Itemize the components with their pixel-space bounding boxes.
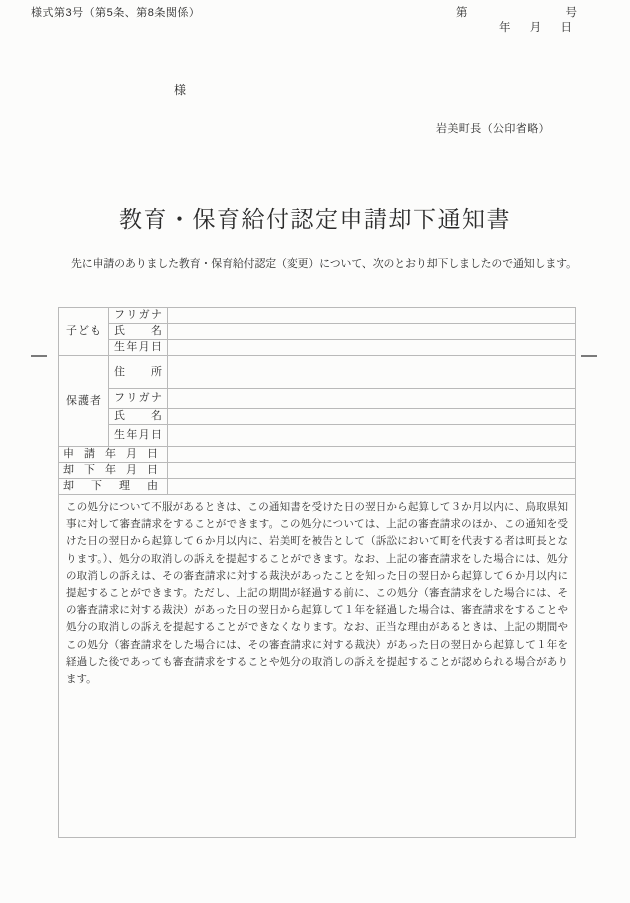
- document-number-prefix: 第: [456, 4, 468, 20]
- table-row: この処分について不服があるときは、この通知書を受けた日の翌日から起算して３か月以…: [59, 495, 576, 838]
- form-table: 子ども フリガナ 氏名 生年月日 保護者 住所 フリガナ: [58, 307, 576, 838]
- document-title: 教育・保育給付認定申請却下通知書: [0, 201, 630, 234]
- table-row: 却下年月日: [59, 463, 576, 479]
- binding-mark-left: [31, 355, 47, 357]
- guardian-group-label: 保護者: [59, 356, 109, 447]
- form-number: 様式第3号（第5条、第8条関係）: [31, 4, 200, 20]
- child-birthdate-label: 生年月日: [109, 340, 168, 356]
- application-date-label: 申請年月日: [59, 447, 168, 463]
- table-row: 申請年月日: [59, 447, 576, 463]
- table-row: 氏名: [59, 409, 576, 425]
- guardian-birthdate-value: [168, 425, 576, 447]
- date-line: 年 月 日: [499, 19, 572, 35]
- table-row: 子ども フリガナ: [59, 308, 576, 324]
- guardian-birthdate-label: 生年月日: [109, 425, 168, 447]
- guardian-furigana-value: [168, 389, 576, 409]
- issuer-name: 岩美町長（公印省略）: [436, 120, 550, 136]
- guardian-address-label: 住所: [109, 356, 168, 389]
- table-row: 生年月日: [59, 340, 576, 356]
- child-furigana-label: フリガナ: [109, 308, 168, 324]
- rejection-date-label: 却下年月日: [59, 463, 168, 479]
- appeal-notice-text: この処分について不服があるときは、この通知書を受けた日の翌日から起算して３か月以…: [59, 495, 575, 688]
- guardian-furigana-label: フリガナ: [109, 389, 168, 409]
- rejection-reason-label: 却下理由: [59, 479, 168, 495]
- date-month-label: 月: [530, 19, 542, 35]
- child-name-label: 氏名: [109, 324, 168, 340]
- rejection-reason-value: [168, 479, 576, 495]
- application-date-value: [168, 447, 576, 463]
- addressee-honorific: 様: [174, 81, 186, 98]
- child-birthdate-value: [168, 340, 576, 356]
- child-name-value: [168, 324, 576, 340]
- binding-mark-right: [581, 355, 597, 357]
- guardian-name-label: 氏名: [109, 409, 168, 425]
- document-number-suffix: 号: [566, 4, 578, 20]
- table-row: 保護者 住所: [59, 356, 576, 389]
- table-row: フリガナ: [59, 389, 576, 409]
- child-furigana-value: [168, 308, 576, 324]
- lead-sentence: 先に申請のありました教育・保育給付認定（変更）について、次のとおり却下しましたの…: [71, 255, 577, 271]
- table-row: 却下理由: [59, 479, 576, 495]
- date-year-label: 年: [499, 19, 511, 35]
- rejection-date-value: [168, 463, 576, 479]
- guardian-address-value: [168, 356, 576, 389]
- date-day-label: 日: [561, 19, 573, 35]
- guardian-name-value: [168, 409, 576, 425]
- document-number-line: 第 号: [456, 4, 577, 20]
- table-row: 生年月日: [59, 425, 576, 447]
- document-page: 様式第3号（第5条、第8条関係） 第 号 年 月 日 様 岩美町長（公印省略） …: [0, 0, 630, 903]
- table-row: 氏名: [59, 324, 576, 340]
- child-group-label: 子ども: [59, 308, 109, 356]
- appeal-notice-cell: この処分について不服があるときは、この通知書を受けた日の翌日から起算して３か月以…: [59, 495, 576, 838]
